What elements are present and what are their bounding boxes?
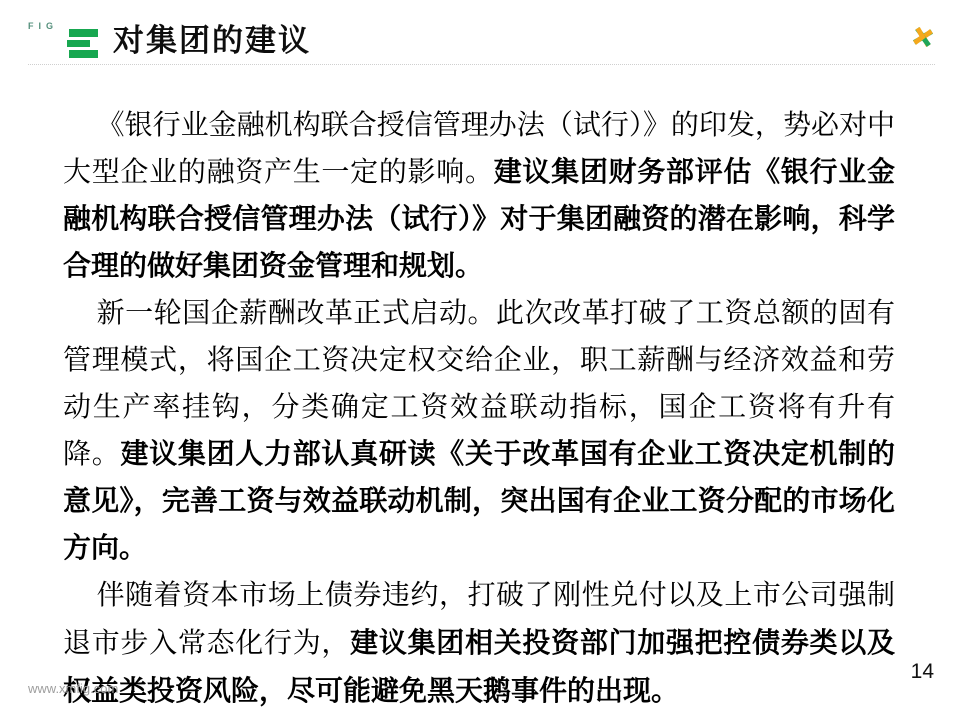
green-bar-top	[69, 29, 98, 37]
header-divider	[28, 64, 935, 65]
paragraph-salary-reform: 新一轮国企薪酬改革正式启动。此次改革打破了工资总额的固有管理模式，将国企工资决定…	[63, 289, 895, 571]
page-number: 14	[911, 660, 934, 684]
title-marker-icon	[67, 29, 98, 58]
green-bar-bottom	[69, 50, 98, 58]
website-url: www.xmfig.com	[28, 681, 118, 696]
paragraph-bond-default: 伴随着资本市场上债券违约，打破了刚性兑付以及上市公司强制退市步入常态化行为，建议…	[63, 571, 895, 714]
paragraph-2-bold-recommendation: 建议集团人力部认真研读《关于改革国有企业工资决定机制的意见》，完善工资与效益联动…	[63, 438, 895, 563]
paragraph-joint-credit: 《银行业金融机构联合授信管理办法（试行）》的印发，势必对中大型企业的融资产生一定…	[63, 101, 895, 289]
page-title: 对集团的建议	[113, 22, 311, 60]
slide-body-text: 《银行业金融机构联合授信管理办法（试行）》的印发，势必对中大型企业的融资产生一定…	[63, 101, 895, 714]
pinwheel-logo-icon	[908, 22, 938, 52]
green-bar-middle	[67, 40, 90, 47]
brand-text: FIG	[28, 21, 58, 31]
presentation-slide: FIG 对集团的建议 《银行业金融机构联合授信管理办法（试行）》的印发，势必对中…	[0, 0, 960, 720]
